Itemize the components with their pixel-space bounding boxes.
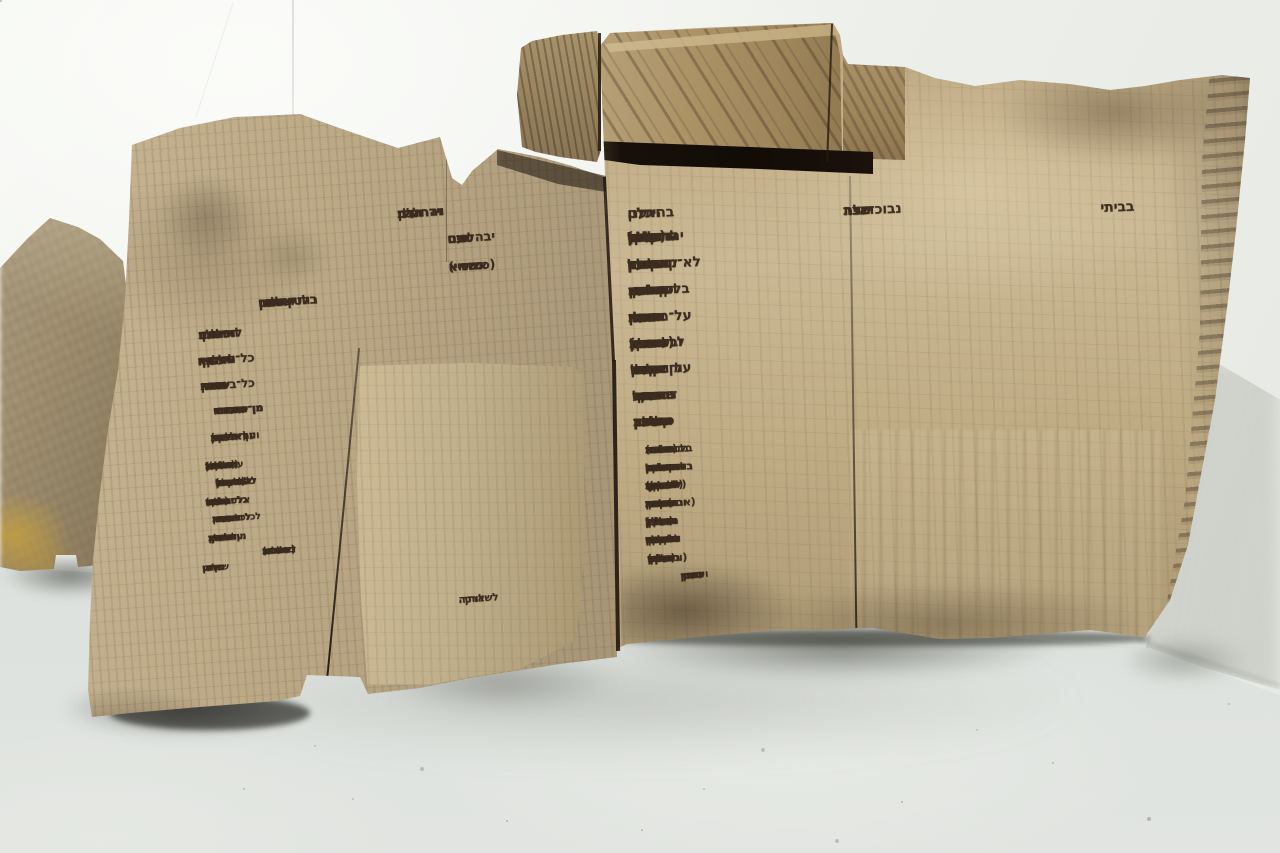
inscription-word: בביתי xyxy=(1100,199,1135,216)
inscription-word: לשמיא xyxy=(645,479,677,492)
inscription-word: חלמא xyxy=(205,495,231,508)
inscription-word: עפיה xyxy=(197,351,226,368)
inscription-word: פרק xyxy=(647,552,668,565)
inscription-word: רבת xyxy=(645,497,665,510)
inscription-word: בה xyxy=(258,295,275,311)
inscription-word: חרטמיא xyxy=(627,228,678,246)
inscription-word: מן־ענפוהי. xyxy=(213,402,264,417)
inscription-word: הוית xyxy=(843,202,871,219)
wood-stain-bottom xyxy=(620,520,1160,650)
inscription-word: (עלה). xyxy=(205,459,235,472)
inscription-word: (ואנת) xyxy=(215,476,246,489)
photo-scene: ורענן בהיכלי. חלםאנה נבוכדנצר שלה הויתבב… xyxy=(0,0,1280,853)
inscription-word: ברא xyxy=(212,513,230,525)
inscription-word: אמר xyxy=(645,443,666,456)
wood-top-block-right xyxy=(843,52,907,162)
inscription-word: ישנון xyxy=(210,431,233,444)
inscription-word: (ידורון) xyxy=(629,334,674,352)
inscription-word: קימא xyxy=(645,533,671,546)
inset-board xyxy=(350,355,590,685)
inscription-word: רבה xyxy=(628,309,655,326)
inscription-word: על־ xyxy=(397,206,419,222)
inscription-word: יצטבע xyxy=(632,388,669,404)
inscription-word: וגזריא xyxy=(448,257,483,274)
wood-crack xyxy=(598,33,601,151)
wood-small-top-block xyxy=(515,28,605,168)
inscription-word: להן xyxy=(202,562,218,574)
inscription-word: אמר. xyxy=(198,325,229,342)
inscription-word: טעם xyxy=(447,230,474,247)
inscription-word: חלם xyxy=(627,205,655,222)
floor-speckles xyxy=(0,0,2,2)
inscription-word: (עלך) xyxy=(645,515,673,528)
inscription-word: ראשי xyxy=(200,377,229,393)
inscription-word: וקצצו xyxy=(630,361,666,378)
inscription-word: (אנשא) xyxy=(262,544,295,557)
inscription-word: די־ xyxy=(627,256,645,273)
inscription-word: קדישין xyxy=(633,413,672,430)
inscription-word: מדרך xyxy=(208,532,232,544)
inscription-word: תהוא xyxy=(680,569,704,582)
inscription-word: יבהלנה xyxy=(645,461,679,474)
wood-smudge-top-left xyxy=(140,160,360,300)
inscription-word: בך xyxy=(628,282,644,299)
wood-crack xyxy=(325,348,361,693)
